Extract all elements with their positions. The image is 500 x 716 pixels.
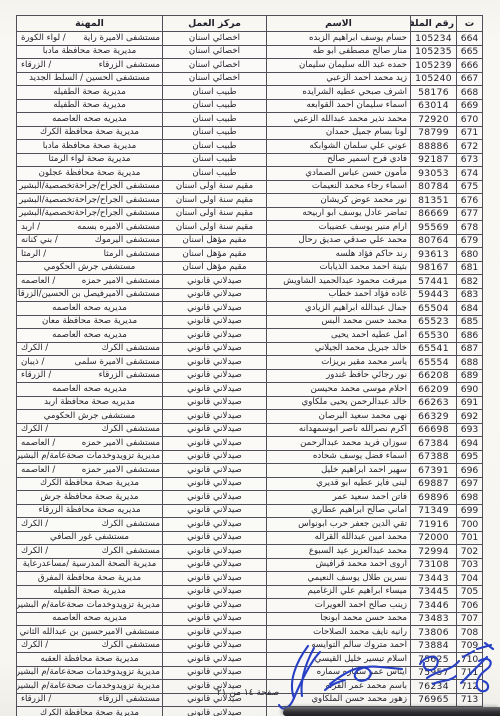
profession-cell: مديريه صحة محافظة اربد: [17, 396, 163, 410]
row-index-cell: 704: [457, 572, 483, 586]
work-center-cell: اخصائي اسنان: [163, 45, 267, 59]
profession-district: / الكرك: [19, 519, 48, 530]
work-center-cell: صيدلاني قانوني: [163, 599, 267, 613]
work-center-cell: طبيب اسنان: [163, 99, 267, 113]
work-center-cell: طبيب اسنان: [163, 167, 267, 181]
file-number-cell: 80764: [411, 234, 457, 248]
profession-cell: مديريه صحة محافظة الزرقاء: [17, 504, 163, 518]
table-row: 70773483محمد حسن محمد ابونجاصيدلاني قانو…: [17, 612, 483, 626]
name-cell: عوني علي سلمان الشوابكه: [267, 140, 411, 154]
name-cell: محمد امين عبدالله القراله: [267, 531, 411, 545]
work-center-cell: مقيم سنة اولى اسنان: [163, 180, 267, 194]
table-row: 68765541خالد جبريل محمد الجيلانيصيدلاني …: [17, 342, 483, 356]
profession-district: / الكرك: [19, 546, 48, 557]
column-header-index: ت: [457, 16, 483, 32]
work-center-cell: اخصائي اسنان: [163, 59, 267, 73]
profession-cell: مديرية صحة محافظة العقبه: [17, 653, 163, 667]
file-number-cell: 93053: [411, 167, 457, 181]
work-center-cell: صيدلاني قانوني: [163, 356, 267, 370]
file-number-cell: 81351: [411, 194, 457, 208]
table-row: 69066209احلام موسى محمد محيسنصيدلاني قان…: [17, 383, 483, 397]
work-center-cell: صيدلاني قانوني: [163, 464, 267, 478]
profession-main: مستشفى الامير حمزه: [82, 465, 160, 476]
file-number-cell: 105240: [411, 72, 457, 86]
work-center-cell: صيدلاني قانوني: [163, 653, 267, 667]
name-cell: جمال عبدالله ابراهيم الزيادي: [267, 302, 411, 316]
file-number-cell: 58176: [411, 86, 457, 100]
work-center-cell: صيدلاني قانوني: [163, 369, 267, 383]
name-cell: محمد حسن محمد ابونجا: [267, 612, 411, 626]
table-row: 67493053مأمون حسن عباس الصماديطبيب اسنان…: [17, 167, 483, 181]
profession-cell: مديريه صحه العاصمه: [17, 383, 163, 397]
profession-cell: مستشفى الزرقاء/ الزرقاء: [17, 693, 163, 707]
file-number-cell: 105234: [411, 32, 457, 46]
row-index-cell: 713: [457, 693, 483, 707]
file-number-cell: 63014: [411, 99, 457, 113]
name-cell: اسماء رجاء محمد النعيمات: [267, 180, 411, 194]
name-cell: اسلام تيسير خليل القيسي: [267, 653, 411, 667]
work-center-cell: صيدلاني قانوني: [163, 423, 267, 437]
file-number-cell: 69896: [411, 491, 457, 505]
table-row: 66858176اشرف صبحي عطيه الشرايدهطبيب اسنا…: [17, 86, 483, 100]
file-number-cell: 65554: [411, 356, 457, 370]
table-row: 70373108اروى احمد محمد قرافيشصيدلاني قان…: [17, 558, 483, 572]
profession-cell: مستشفى غور الصافي: [17, 531, 163, 545]
profession-main: مستشفى الاميره بسمه: [77, 222, 160, 233]
profession-main: مستشفى الكرك: [102, 519, 160, 530]
profession-main: مستشفى الاميرة سلمى: [75, 357, 160, 368]
file-number-cell: 65504: [411, 302, 457, 316]
profession-cell: مديرية تزويدوخدمات صحةعامة/م البشير: [17, 599, 163, 613]
row-index-cell: 690: [457, 383, 483, 397]
work-center-cell: مقيم سنة اولى اسنان: [163, 207, 267, 221]
page-bottom-shadow: [283, 707, 500, 716]
profession-cell: مستشفى الجراح/جراحةتخصصية/البشير: [17, 207, 163, 221]
work-center-cell: صيدلاني قانوني: [163, 531, 267, 545]
file-number-cell: 75625: [411, 653, 457, 667]
file-number-cell: 88886: [411, 140, 457, 154]
row-index-cell: 703: [457, 558, 483, 572]
table-row: 69667391سهير احمد ابراهيم خليلصيدلاني قا…: [17, 464, 483, 478]
profession-district: / الكرك: [19, 343, 48, 354]
file-number-cell: 66263: [411, 396, 457, 410]
work-center-cell: صيدلاني قانوني: [163, 315, 267, 329]
name-cell: ميرفت محمود عبدالحميد الشاويش: [267, 275, 411, 289]
row-index-cell: 705: [457, 585, 483, 599]
name-cell: ياسر محمد مقير بريزات: [267, 356, 411, 370]
profession-main: مستشفى الزرقاء: [99, 694, 160, 705]
work-center-cell: صيدلاني قانوني: [163, 477, 267, 491]
profession-cell: مستشفى الاميره بسمه/ اربد: [17, 221, 163, 235]
file-number-cell: 66208: [411, 369, 457, 383]
column-header-profession: المهنة: [17, 16, 163, 32]
profession-main: مستشفى الاميرة راية: [83, 33, 160, 44]
profession-cell: مديرية صحة الطفيله: [17, 585, 163, 599]
profession-cell: مستشفى الكرك/ الكرك: [17, 545, 163, 559]
work-center-cell: صيدلاني قانوني: [163, 396, 267, 410]
profession-cell: مديرية صحة الطفيله: [17, 86, 163, 100]
table-row: 67580784اسماء رجاء محمد النعيماتمقيم سنة…: [17, 180, 483, 194]
name-cell: ميساء ابراهيم علي الزغاميم: [267, 585, 411, 599]
file-number-cell: 65541: [411, 342, 457, 356]
column-header-name: الاسم: [267, 16, 411, 32]
work-center-cell: صيدلاني قانوني: [163, 626, 267, 640]
work-center-cell: صيدلاني قانوني: [163, 558, 267, 572]
profession-cell: مديرية صحة الطفيله: [17, 99, 163, 113]
file-number-cell: 73445: [411, 585, 457, 599]
profession-cell: مستشفى الاميرفيصل بن الحسين/الزرقاء: [17, 288, 163, 302]
name-cell: فاتن احمد سعيد عمر: [267, 491, 411, 505]
profession-cell: مستشفى الحسين / السلط الجديد: [17, 72, 163, 86]
row-index-cell: 694: [457, 437, 483, 451]
table-row: 68565523محمد حسن محمد البسصيدلاني قانوني…: [17, 315, 483, 329]
profession-district: / ذيبان: [19, 357, 44, 368]
name-cell: رند حاكم فؤاد هلسه: [267, 248, 411, 262]
profession-district: / الزرقاء: [19, 370, 51, 381]
row-index-cell: 688: [457, 356, 483, 370]
name-cell: نسرين طلال يوسف النعيمي: [267, 572, 411, 586]
work-center-cell: صيدلاني قانوني: [163, 707, 267, 716]
profession-main: مستشفى الكرك: [102, 424, 160, 435]
file-number-cell: 73483: [411, 612, 457, 626]
profession-main: مستشفى الامير حمزه: [82, 276, 160, 287]
name-cell: لبنى فايز عطيه ابو قديري: [267, 477, 411, 491]
table-row: 66963014اسماء سليمان احمد القوابعهطبيب ا…: [17, 99, 483, 113]
row-index-cell: 699: [457, 504, 483, 518]
table-row: 68665530امل عطيه احمد يحيىصيدلاني قانوني…: [17, 329, 483, 343]
name-cell: محمد علي صدقي صديق رحال: [267, 234, 411, 248]
row-index-cell: 711: [457, 666, 483, 680]
name-cell: تقي الدين جعفر حرب ابونواس: [267, 518, 411, 532]
file-number-cell: 67391: [411, 464, 457, 478]
profession-cell: مستشفى الكرك/ الكرك: [17, 423, 163, 437]
row-index-cell: 696: [457, 464, 483, 478]
table-row: 69266329نهى محمد سعيد البرصانصيدلاني قان…: [17, 410, 483, 424]
file-number-cell: 66698: [411, 423, 457, 437]
profession-cell: مستشفى الرمثا/ الرمثا: [17, 248, 163, 262]
profession-district: / لواء الكورة: [19, 33, 66, 44]
table-row: 67178799لونا بسام جميل حمدانطبيب اسنانمد…: [17, 126, 483, 140]
name-cell: نور رجائي حافظ غندور: [267, 369, 411, 383]
table-row: 68966208نور رجائي حافظ غندورصيدلاني قانو…: [17, 369, 483, 383]
profession-cell: مديرية الصحة المدرسية /مساعدرعاية: [17, 558, 163, 572]
table-row: 67392187فادي فرح اسمير صالحطبيب اسنانمدي…: [17, 153, 483, 167]
row-index-cell: 692: [457, 410, 483, 424]
file-number-cell: 67388: [411, 450, 457, 464]
name-cell: ارام منير يوسف عضيبات: [267, 221, 411, 235]
profession-cell: مستشفى الزرقاء/ الزرقاء: [17, 59, 163, 73]
work-center-cell: صيدلاني قانوني: [163, 329, 267, 343]
profession-district: / العاصمه: [19, 465, 55, 476]
column-header-file-number: رقم الملف: [411, 16, 457, 32]
profession-cell: مديرية صحة محافظة مادبا: [17, 140, 163, 154]
name-cell: اماني صالح ابراهيم عطاري: [267, 504, 411, 518]
name-cell: محمد نذير محمد عبدالله الزعبي: [267, 113, 411, 127]
profession-main: مستشفى الزرقاء: [99, 370, 160, 381]
header-row: ت رقم الملف الاسم مركز العمل المهنة: [17, 16, 483, 32]
name-cell: خالد عبدالرحمن يحيى ملكاوي: [267, 396, 411, 410]
row-index-cell: 667: [457, 72, 483, 86]
row-index-cell: 698: [457, 491, 483, 505]
table-row: 667105240زيد محمد احمد الزعبياخصائي اسنا…: [17, 72, 483, 86]
row-index-cell: 669: [457, 99, 483, 113]
file-number-cell: 92187: [411, 153, 457, 167]
file-number-cell: 65523: [411, 315, 457, 329]
row-index-cell: 672: [457, 140, 483, 154]
work-center-cell: صيدلاني قانوني: [163, 383, 267, 397]
table-row: 70573445ميساء ابراهيم علي الزغاميمصيدلان…: [17, 585, 483, 599]
profession-cell: مديريه صحه العاصمه: [17, 113, 163, 127]
profession-cell: مديريه صحه العاصمه: [17, 612, 163, 626]
row-index-cell: 664: [457, 32, 483, 46]
name-cell: سوزان فريد محمد عبدالرحمن: [267, 437, 411, 451]
table-body: 664105234حسام يوسف ابراهيم الزبدهاخصائي …: [17, 32, 483, 716]
file-number-cell: 95569: [411, 221, 457, 235]
file-number-cell: 59443: [411, 288, 457, 302]
page-number: صفحة ١٤ من ٢١: [186, 688, 310, 698]
row-index-cell: 676: [457, 194, 483, 208]
profession-cell: مستشفى الامير حمزه/ العاصمه: [17, 437, 163, 451]
name-cell: امل عطيه احمد يحيى: [267, 329, 411, 343]
profession-cell: مستشفى الاميرحسين بن عبدالله الثاني: [17, 626, 163, 640]
work-center-cell: صيدلاني قانوني: [163, 666, 267, 680]
profession-cell: مستشفى الكرك/ الكرك: [17, 342, 163, 356]
table-row: 70071916تقي الدين جعفر حرب ابونواسصيدلان…: [17, 518, 483, 532]
name-cell: نور محمد عوض كريشان: [267, 194, 411, 208]
profession-cell: مستشفى جرش الحكومي: [17, 261, 163, 275]
profession-cell: مستشفى الاميرة سلمى/ ذيبان: [17, 356, 163, 370]
profession-district: / العاصمه: [19, 438, 55, 449]
file-number-cell: 73884: [411, 639, 457, 653]
work-center-cell: اخصائي اسنان: [163, 72, 267, 86]
table-row: 69869896فاتن احمد سعيد عمرصيدلاني قانوني…: [17, 491, 483, 505]
table-row: 69467384سوزان فريد محمد عبدالرحمنصيدلاني…: [17, 437, 483, 451]
file-number-cell: 76965: [411, 693, 457, 707]
file-number-cell: 71916: [411, 518, 457, 532]
work-center-cell: صيدلاني قانوني: [163, 585, 267, 599]
profession-main: مستشفى الامير حمزه: [82, 438, 160, 449]
file-number-cell: 66329: [411, 410, 457, 424]
row-index-cell: 671: [457, 126, 483, 140]
profession-cell: مستشفى الاميرة راية/ لواء الكورة: [17, 32, 163, 46]
row-index-cell: 709: [457, 639, 483, 653]
file-number-cell: 72000: [411, 531, 457, 545]
profession-cell: مستشفى الجراح/جراحةتخصصية/البشير: [17, 180, 163, 194]
table-row: 70473443نسرين طلال يوسف النعيميصيدلاني ق…: [17, 572, 483, 586]
table-row: 70973884احمد متروك سالم التوايسهصيدلاني …: [17, 639, 483, 653]
profession-cell: مديرية صحة محافظة معان: [17, 315, 163, 329]
profession-main: مستشفى الرمثا: [104, 249, 160, 260]
table-row: 67895569ارام منير يوسف عضيباتمقيم سنة او…: [17, 221, 483, 235]
name-cell: اكرم نصرالله ناصر ابوسمهدانه: [267, 423, 411, 437]
file-number-cell: 73443: [411, 572, 457, 586]
work-center-cell: مقيم مؤهل اسنان: [163, 248, 267, 262]
profession-main: مستشفى الزرقاء: [99, 60, 160, 71]
row-index-cell: 681: [457, 261, 483, 275]
work-center-cell: صيدلاني قانوني: [163, 545, 267, 559]
file-number-cell: 75957: [411, 666, 457, 680]
table-row: 71175957ايناس عمر سماره سمارهصيدلاني قان…: [17, 666, 483, 680]
profession-cell: مديرية صحة محافظة الكرك: [17, 707, 163, 716]
name-cell: خالد جبريل محمد الجيلاني: [267, 342, 411, 356]
work-center-cell: اخصائي اسنان: [163, 32, 267, 46]
name-cell: محمد عبدالعزيز عيد السبوع: [267, 545, 411, 559]
profession-cell: مستشفى الجراح/جراحةتخصصية/البشير: [17, 194, 163, 208]
work-center-cell: طبيب اسنان: [163, 153, 267, 167]
row-index-cell: 706: [457, 599, 483, 613]
row-index-cell: 686: [457, 329, 483, 343]
name-cell: رانيه نايف محمد الصلاحات: [267, 626, 411, 640]
file-number-cell: 69887: [411, 477, 457, 491]
file-number-cell: 105235: [411, 45, 457, 59]
profession-cell: مديرية صحة محافظة جرش: [17, 491, 163, 505]
name-cell: اشرف صبحي عطيه الشرايده: [267, 86, 411, 100]
profession-cell: مستشفى الزرقاء/ الزرقاء: [17, 369, 163, 383]
row-index-cell: 668: [457, 86, 483, 100]
table-row: 70272994محمد عبدالعزيز عيد السبوعصيدلاني…: [17, 545, 483, 559]
file-number-cell: 73108: [411, 558, 457, 572]
row-index-cell: 700: [457, 518, 483, 532]
name-cell: بثينة احمد محمد الذيابات: [267, 261, 411, 275]
row-index-cell: 677: [457, 207, 483, 221]
profession-main: مستشفى الكرك: [102, 343, 160, 354]
table-row: 68093613رند حاكم فؤاد هلسهمقيم مؤهل اسنا…: [17, 248, 483, 262]
table-row: 68198167بثينة احمد محمد الذياباتمقيم مؤه…: [17, 261, 483, 275]
row-index-cell: 685: [457, 315, 483, 329]
name-cell: نهى محمد سعيد البرصان: [267, 410, 411, 424]
profession-district: / الزرقاء: [19, 694, 51, 705]
file-number-cell: 66209: [411, 383, 457, 397]
row-index-cell: 679: [457, 234, 483, 248]
name-cell: احلام موسى محمد محيسن: [267, 383, 411, 397]
row-index-cell: 697: [457, 477, 483, 491]
profession-district: / العاصمه: [19, 276, 55, 287]
table-row: 68359443غاده فؤاد احمد خطابصيدلاني قانون…: [17, 288, 483, 302]
profession-main: مستشفى اليرموك: [95, 235, 160, 246]
file-number-cell: 86669: [411, 207, 457, 221]
name-cell: اسماء سليمان احمد القوابعه: [267, 99, 411, 113]
name-cell: سهير احمد ابراهيم خليل: [267, 464, 411, 478]
profession-main: مستشفى الكرك: [102, 546, 160, 557]
row-index-cell: 689: [457, 369, 483, 383]
row-index-cell: 702: [457, 545, 483, 559]
work-center-cell: صيدلاني قانوني: [163, 612, 267, 626]
table-row: 69971349اماني صالح ابراهيم عطاريصيدلاني …: [17, 504, 483, 518]
table-row: 70873806رانيه نايف محمد الصلاحاتصيدلاني …: [17, 626, 483, 640]
name-cell: اروى احمد محمد قرافيش: [267, 558, 411, 572]
profession-cell: مديريه صحه العاصمه: [17, 329, 163, 343]
table-row: 68865554ياسر محمد مقير بريزاتصيدلاني قان…: [17, 356, 483, 370]
row-index-cell: 708: [457, 626, 483, 640]
work-center-cell: صيدلاني قانوني: [163, 572, 267, 586]
name-cell: فادي فرح اسمير صالح: [267, 153, 411, 167]
row-index-cell: 693: [457, 423, 483, 437]
work-center-cell: صيدلاني قانوني: [163, 518, 267, 532]
profession-district: / الزرقاء: [19, 60, 51, 71]
file-number-cell: 98167: [411, 261, 457, 275]
profession-main: مستشفى الكرك: [102, 640, 160, 651]
name-cell: اسماء فضل يوسف شحاده: [267, 450, 411, 464]
row-index-cell: 670: [457, 113, 483, 127]
name-cell: غاده فؤاد احمد خطاب: [267, 288, 411, 302]
row-index-cell: 710: [457, 653, 483, 667]
profession-cell: مستشفى الكرك/ الكرك: [17, 639, 163, 653]
row-index-cell: 680: [457, 248, 483, 262]
row-index-cell: 665: [457, 45, 483, 59]
name-cell: منار صالح مصطفى ابو طه: [267, 45, 411, 59]
work-center-cell: صيدلاني قانوني: [163, 302, 267, 316]
column-header-work-center: مركز العمل: [163, 16, 267, 32]
row-index-cell: 684: [457, 302, 483, 316]
name-cell: ايناس عمر سماره سماره: [267, 666, 411, 680]
work-center-cell: مقيم مؤهل اسنان: [163, 234, 267, 248]
table-row: 67980764محمد علي صدقي صديق رحالمقيم مؤهل…: [17, 234, 483, 248]
work-center-cell: طبيب اسنان: [163, 113, 267, 127]
table-row: 69366698اكرم نصرالله ناصر ابوسمهدانهصيدل…: [17, 423, 483, 437]
table-row: 68257441ميرفت محمود عبدالحميد الشاويشصيد…: [17, 275, 483, 289]
row-index-cell: 701: [457, 531, 483, 545]
work-center-cell: صيدلاني قانوني: [163, 275, 267, 289]
name-cell: مأمون حسن عباس الصمادي: [267, 167, 411, 181]
row-index-cell: 666: [457, 59, 483, 73]
row-index-cell: 695: [457, 450, 483, 464]
profession-cell: مديرية تزويدوخدمات صحةعامة/م البشير: [17, 450, 163, 464]
profession-cell: مستشفى اليرموك/ بني كنانه: [17, 234, 163, 248]
work-center-cell: صيدلاني قانوني: [163, 504, 267, 518]
file-number-cell: 57441: [411, 275, 457, 289]
work-center-cell: طبيب اسنان: [163, 86, 267, 100]
profession-cell: مديرية صحة محافظة المفرق: [17, 572, 163, 586]
table-row: 67786669تماضر عادل يوسف ابو اربيحهمقيم س…: [17, 207, 483, 221]
profession-cell: مستشفى جرش الحكومي: [17, 410, 163, 424]
table-row: 70673446زينب صالح احمد العويراتصيدلاني ق…: [17, 599, 483, 613]
table-row: 665105235منار صالح مصطفى ابو طهاخصائي اس…: [17, 45, 483, 59]
profession-district: / بني كنانه: [19, 235, 58, 246]
profession-district: / اربد: [19, 222, 40, 233]
row-index-cell: 691: [457, 396, 483, 410]
profession-cell: مستشفى الامير حمزه/ العاصمه: [17, 464, 163, 478]
table-row: 67072920محمد نذير محمد عبدالله الزعبيطبي…: [17, 113, 483, 127]
profession-cell: مديرية صحة محافظة مادبا: [17, 45, 163, 59]
name-cell: حمده عبد الله سليمان سليمان: [267, 59, 411, 73]
profession-cell: مديرية صحة محافظة عجلون: [17, 167, 163, 181]
name-cell: زينب صالح احمد العويرات: [267, 599, 411, 613]
file-number-cell: 72994: [411, 545, 457, 559]
row-index-cell: 687: [457, 342, 483, 356]
profession-cell: مديرية صحة محافظة الكرك: [17, 126, 163, 140]
profession-district: / الكرك: [19, 640, 48, 651]
name-cell: تماضر عادل يوسف ابو اربيحه: [267, 207, 411, 221]
name-cell: زيد محمد احمد الزعبي: [267, 72, 411, 86]
name-cell: احمد متروك سالم التوايسه: [267, 639, 411, 653]
work-center-cell: طبيب اسنان: [163, 140, 267, 154]
profession-cell: مستشفى الكرك/ الكرك: [17, 518, 163, 532]
work-center-cell: صيدلاني قانوني: [163, 437, 267, 451]
file-number-cell: 78799: [411, 126, 457, 140]
staff-table: ت رقم الملف الاسم مركز العمل المهنة 6641…: [16, 15, 483, 716]
scanned-page: ت رقم الملف الاسم مركز العمل المهنة 6641…: [0, 0, 500, 716]
work-center-cell: طبيب اسنان: [163, 126, 267, 140]
table-row: 71075625اسلام تيسير خليل القيسيصيدلاني ق…: [17, 653, 483, 667]
file-number-cell: 105239: [411, 59, 457, 73]
profession-cell: مديرية صحة محافظة الكرك: [17, 477, 163, 491]
table-header: ت رقم الملف الاسم مركز العمل المهنة: [17, 16, 483, 32]
work-center-cell: صيدلاني قانوني: [163, 410, 267, 424]
profession-cell: مديريه صحه العاصمه: [17, 302, 163, 316]
work-center-cell: صيدلاني قانوني: [163, 288, 267, 302]
table-row: 67288886عوني علي سلمان الشوابكهطبيب اسنا…: [17, 140, 483, 154]
work-center-cell: صيدلاني قانوني: [163, 342, 267, 356]
